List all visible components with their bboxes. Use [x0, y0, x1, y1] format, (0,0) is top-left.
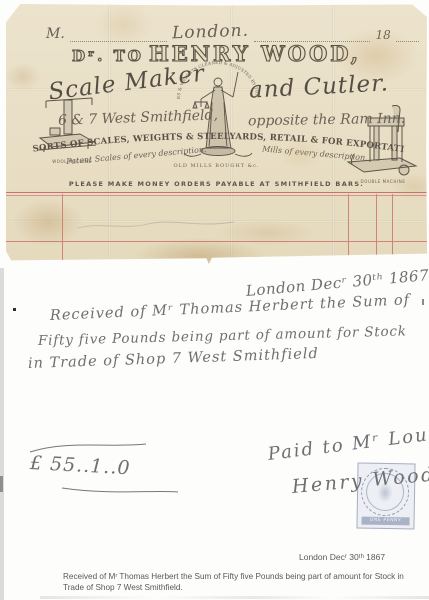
scan-bottom-smudge: [40, 596, 429, 599]
amount-flourish-bottom: [60, 486, 180, 496]
scan-tick-artifact: [422, 299, 424, 305]
scan-background: M. London. 18 Dʳ. TO HENRY WOOD, Scale M…: [0, 0, 429, 600]
ruled-line-vertical: [392, 194, 393, 261]
scan-dash-artifact: [0, 476, 3, 492]
stamp-denomination: ONE PENNY: [361, 517, 409, 526]
ruled-line-horizontal-double: [6, 192, 427, 196]
handwritten-paid-line: Paid to Mʳ Lou: [267, 424, 429, 465]
money-order-notice: PLEASE MAKE MONEY ORDERS PAYABLE AT SMIT…: [6, 180, 427, 188]
fill-in-line: [254, 27, 370, 42]
pencil-scribble: [76, 216, 236, 234]
amount-flourish-top: [28, 438, 148, 454]
trade-cutler: and Cutler.: [248, 70, 389, 103]
salutation-label: M.: [46, 26, 65, 42]
scan-dot-artifact: [13, 308, 16, 311]
ruled-line-vertical: [376, 194, 377, 261]
ruled-line-vertical: [62, 194, 63, 261]
handwritten-line-1: Received of Mʳ Thomas Herbert the Sum of: [50, 292, 411, 324]
billhead-fill-in-row: M. London. 18: [46, 22, 419, 42]
fill-in-line: [70, 27, 168, 42]
ruled-line-horizontal: [6, 241, 427, 242]
caption-body: Received of Mʳ Thomas Herbert the Sum of…: [63, 571, 415, 593]
fill-in-line: [396, 27, 419, 42]
subline-old-mills: OLD MILLS BOUGHT &c.: [6, 163, 427, 169]
caption-line-2: Trade of Shop 7 West Smithfield.: [63, 582, 415, 593]
billhead-paper: M. London. 18 Dʳ. TO HENRY WOOD, Scale M…: [6, 4, 427, 264]
handwritten-line-2: Fifty five Pounds being part of amount f…: [38, 323, 407, 349]
handwritten-line-3: in Trade of Shop 7 West Smithfield: [28, 346, 319, 372]
place-label: London.: [172, 21, 250, 44]
handwritten-amount: £ 55..1..0: [29, 452, 131, 479]
caption-line-1: Received of Mʳ Thomas Herbert the Sum of…: [63, 571, 415, 582]
year-prefix: 18: [375, 28, 390, 42]
scanned-receipt-page: { "billhead": { "salutation": "M.", "pla…: [0, 0, 429, 600]
scanner-edge-strip: [0, 268, 4, 600]
ruled-line-vertical: [348, 194, 349, 261]
dr-to-label: Dʳ. TO: [72, 47, 144, 65]
caption-dateline: London Decʳ 30ᵗʰ 1867: [299, 552, 385, 562]
